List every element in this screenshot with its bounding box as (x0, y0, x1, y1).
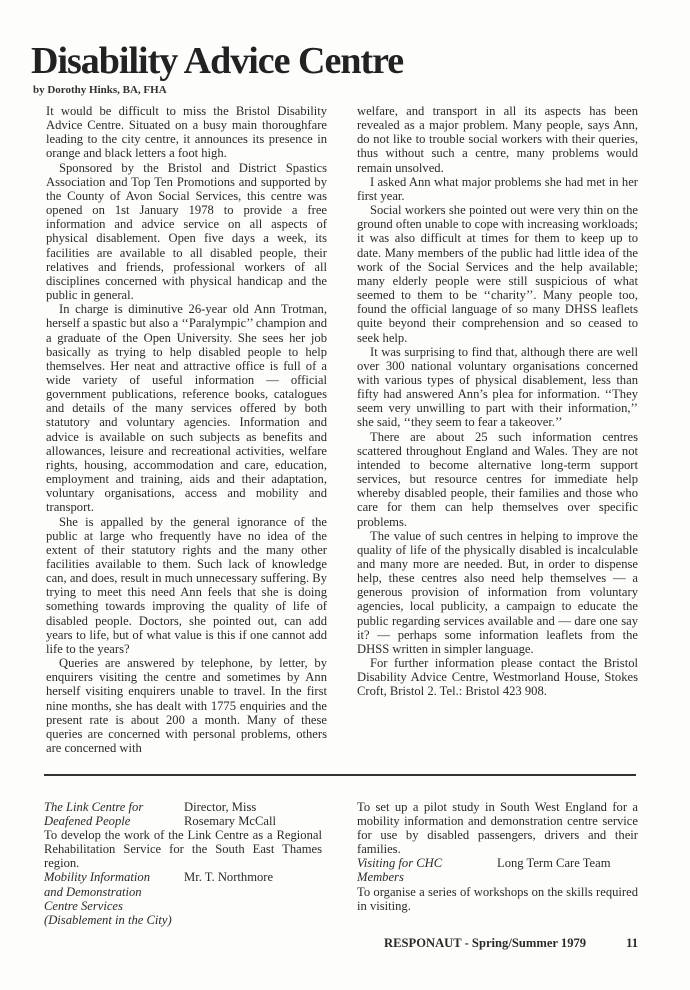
page-number: 11 (626, 936, 638, 951)
project-contact: Long Term Care Team (497, 856, 638, 884)
project-contact: Mr. T. Northmore (184, 870, 322, 926)
project-description: To develop the work of the Link Centre a… (44, 828, 322, 870)
project-name: Mobility Information and Demonstration C… (44, 870, 184, 926)
article-title: Disability Advice Centre (31, 40, 403, 82)
project-name-line: Visiting for CHC (357, 856, 497, 870)
project-contact: Director, Miss Rosemary McCall (184, 800, 322, 828)
project-name-line: Centre Services (44, 899, 184, 913)
paragraph: The value of such centres in helping to … (357, 529, 638, 656)
projects-right-column: To set up a pilot study in South West En… (357, 800, 638, 913)
projects-left-column: The Link Centre for Deafened People Dire… (44, 800, 322, 927)
paragraph: Social workers she pointed out were very… (357, 203, 638, 345)
publication-name: RESPONAUT - Spring/Summer 1979 (384, 936, 586, 951)
project-name-line: and Demonstration (44, 885, 184, 899)
project-name-line: The Link Centre for (44, 800, 184, 814)
paragraph: Queries are answered by telephone, by le… (46, 656, 327, 755)
project-entry-visiting: Visiting for CHC Members Long Term Care … (357, 856, 638, 884)
paragraph: Sponsored by the Bristol and District Sp… (46, 161, 327, 303)
project-name-line: (Disablement in the City) (44, 913, 184, 927)
paragraph: For further information please contact t… (357, 656, 638, 698)
paragraph: It would be difficult to miss the Bristo… (46, 104, 327, 161)
paragraph: I asked Ann what major problems she had … (357, 175, 638, 203)
project-entry-link-centre: The Link Centre for Deafened People Dire… (44, 800, 322, 828)
project-name: Visiting for CHC Members (357, 856, 497, 884)
paragraph: There are about 25 such information cent… (357, 430, 638, 529)
section-divider (44, 774, 636, 776)
contact-line: Rosemary McCall (184, 814, 322, 828)
project-name: The Link Centre for Deafened People (44, 800, 184, 828)
page-footer: RESPONAUT - Spring/Summer 1979 11 (384, 936, 638, 951)
contact-line: Director, Miss (184, 800, 322, 814)
article-left-column: It would be difficult to miss the Bristo… (46, 104, 327, 755)
article-right-column: welfare, and transport in all its aspect… (357, 104, 638, 699)
project-name-line: Mobility Information (44, 870, 184, 884)
project-entry-mobility: Mobility Information and Demonstration C… (44, 870, 322, 926)
paragraph: welfare, and transport in all its aspect… (357, 104, 638, 175)
project-description: To set up a pilot study in South West En… (357, 800, 638, 856)
project-name-line: Members (357, 870, 497, 884)
paragraph: In charge is diminutive 26-year old Ann … (46, 302, 327, 514)
paragraph: It was surprising to find that, although… (357, 345, 638, 430)
project-name-line: Deafened People (44, 814, 184, 828)
paragraph: She is appalled by the general ignorance… (46, 515, 327, 657)
article-byline: by Dorothy Hinks, BA, FHA (33, 84, 167, 96)
project-description: To organise a series of workshops on the… (357, 885, 638, 913)
